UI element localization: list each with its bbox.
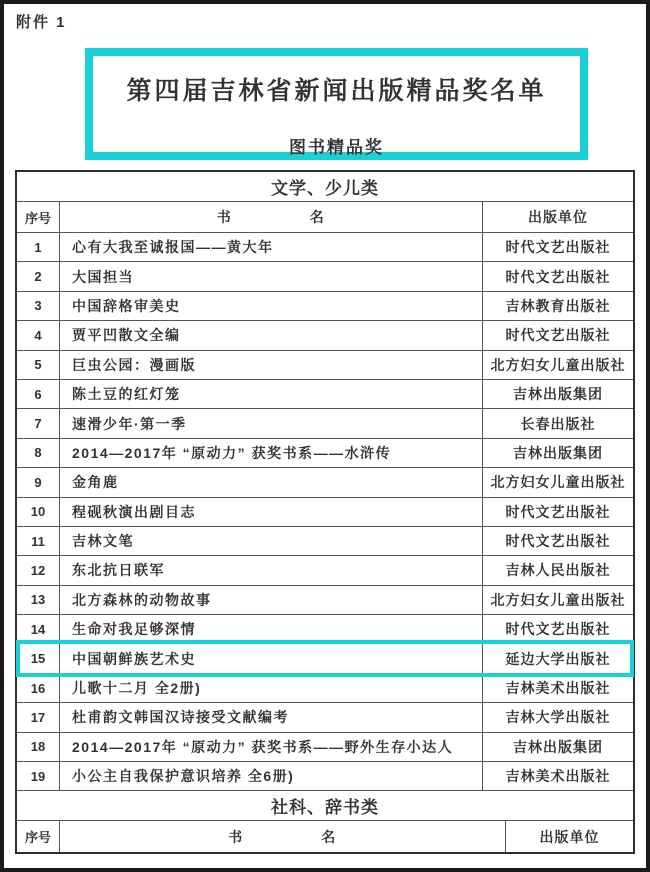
book-title-cell: 陈土豆的红灯笼: [60, 380, 483, 408]
row-number-cell: 14: [17, 615, 60, 643]
document-subtitle: 图书精品奖: [289, 133, 384, 158]
publisher-cell: 吉林出版集团: [483, 439, 633, 467]
publisher-cell: 吉林美术出版社: [483, 674, 633, 702]
book-title-cell: 2014—2017年 “原动力” 获奖书系——野外生存小达人: [60, 733, 483, 761]
publisher-cell: 吉林出版集团: [483, 733, 633, 761]
publisher-cell: 时代文艺出版社: [483, 321, 633, 349]
section-header-literature: 文学、少儿类: [17, 172, 633, 201]
row-number-cell: 1: [17, 233, 60, 261]
row-number-cell: 15: [17, 644, 60, 672]
publisher-cell: 吉林教育出版社: [483, 292, 633, 320]
row-number-cell: 12: [17, 556, 60, 584]
row-number-cell: 4: [17, 321, 60, 349]
table-row: 10 程砚秋演出剧目志 时代文艺出版社: [17, 497, 633, 526]
row-number-cell: 19: [17, 762, 60, 790]
column-header-number: 序号: [17, 202, 60, 232]
publisher-cell: 吉林出版集团: [483, 380, 633, 408]
row-number-cell: 3: [17, 292, 60, 320]
publisher-cell: 时代文艺出版社: [483, 498, 633, 526]
publisher-cell: 吉林大学出版社: [483, 703, 633, 731]
row-number-cell: 13: [17, 586, 60, 614]
table-row: 17 杜甫韵文韩国汉诗接受文献编考 吉林大学出版社: [17, 702, 633, 731]
table-row: 14 生命对我足够深情 时代文艺出版社: [17, 614, 633, 643]
book-title-cell: 儿歌十二月 全2册): [60, 674, 483, 702]
book-title-cell: 金角鹿: [60, 468, 483, 496]
book-title-cell: 大国担当: [60, 262, 483, 290]
book-title-cell: 生命对我足够深情: [60, 615, 483, 643]
column-header-book-name: 书 名: [60, 202, 483, 232]
table-row: 13 北方森林的动物故事 北方妇女儿童出版社: [17, 585, 633, 614]
table-row: 5 巨虫公园：漫画版 北方妇女儿童出版社: [17, 350, 633, 379]
row-number-cell: 10: [17, 498, 60, 526]
row-number-cell: 18: [17, 733, 60, 761]
book-title-cell: 心有大我至诚报国——黄大年: [60, 233, 483, 261]
book-title-cell: 贾平凹散文全编: [60, 321, 483, 349]
row-number-cell: 7: [17, 409, 60, 437]
attachment-label: 附件 1: [16, 11, 67, 32]
publisher-cell: 吉林人民出版社: [483, 556, 633, 584]
column-header-book-name: 书 名: [60, 821, 506, 852]
table-row: 9 金角鹿 北方妇女儿童出版社: [17, 467, 633, 496]
row-number-cell: 9: [17, 468, 60, 496]
column-header-row: 序号 书 名 出版单位: [17, 201, 633, 232]
publisher-cell: 时代文艺出版社: [483, 262, 633, 290]
table-row: 6 陈土豆的红灯笼 吉林出版集团: [17, 379, 633, 408]
table-row: 19 小公主自我保护意识培养 全6册) 吉林美术出版社: [17, 761, 633, 790]
column-header-publisher: 出版单位: [483, 202, 633, 232]
row-number-cell: 2: [17, 262, 60, 290]
table-row: 3 中国辞格审美史 吉林教育出版社: [17, 291, 633, 320]
awards-table: 文学、少儿类 序号 书 名 出版单位 1 心有大我至诚报国——黄大年 时代文艺出…: [15, 170, 635, 854]
table-row: 12 东北抗日联军 吉林人民出版社: [17, 555, 633, 584]
table-row: 8 2014—2017年 “原动力” 获奖书系——水浒传 吉林出版集团: [17, 438, 633, 467]
publisher-cell: 延边大学出版社: [483, 644, 633, 672]
publisher-cell: 时代文艺出版社: [483, 527, 633, 555]
row-number-cell: 16: [17, 674, 60, 702]
column-header-row-2: 序号 书 名 出版单位: [17, 820, 633, 852]
section-header-social-science: 社科、辞书类: [17, 790, 633, 820]
document-page: 附件 1 第四届吉林省新闻出版精品奖名单 图书精品奖 文学、少儿类 序号 书 名…: [0, 0, 650, 872]
book-title-cell: 杜甫韵文韩国汉诗接受文献编考: [60, 703, 483, 731]
row-number-cell: 5: [17, 351, 60, 379]
book-title-cell: 2014—2017年 “原动力” 获奖书系——水浒传: [60, 439, 483, 467]
title-highlight-box: 第四届吉林省新闻出版精品奖名单 图书精品奖: [85, 48, 588, 160]
document-title: 第四届吉林省新闻出版精品奖名单: [126, 71, 546, 107]
table-row: 11 吉林文笔 时代文艺出版社: [17, 526, 633, 555]
book-title-cell: 速滑少年·第一季: [60, 409, 483, 437]
book-title-cell: 巨虫公园：漫画版: [60, 351, 483, 379]
row-number-cell: 11: [17, 527, 60, 555]
book-title-cell: 吉林文笔: [60, 527, 483, 555]
publisher-cell: 时代文艺出版社: [483, 615, 633, 643]
publisher-cell: 长春出版社: [483, 409, 633, 437]
publisher-cell: 北方妇女儿童出版社: [483, 468, 633, 496]
book-title-cell: 小公主自我保护意识培养 全6册): [60, 762, 483, 790]
table-row: 16 儿歌十二月 全2册) 吉林美术出版社: [17, 673, 633, 702]
book-title-cell: 北方森林的动物故事: [60, 586, 483, 614]
book-title-cell: 程砚秋演出剧目志: [60, 498, 483, 526]
book-title-cell: 东北抗日联军: [60, 556, 483, 584]
table-row-highlighted: 15 中国朝鲜族艺术史 延边大学出版社: [17, 643, 633, 672]
book-title-cell: 中国辞格审美史: [60, 292, 483, 320]
publisher-cell: 时代文艺出版社: [483, 233, 633, 261]
row-number-cell: 17: [17, 703, 60, 731]
row-number-cell: 8: [17, 439, 60, 467]
column-header-number: 序号: [17, 821, 60, 852]
book-title-cell: 中国朝鲜族艺术史: [60, 644, 483, 672]
table-row: 2 大国担当 时代文艺出版社: [17, 261, 633, 290]
table-row: 1 心有大我至诚报国——黄大年 时代文艺出版社: [17, 232, 633, 261]
table-row: 4 贾平凹散文全编 时代文艺出版社: [17, 320, 633, 349]
publisher-cell: 吉林美术出版社: [483, 762, 633, 790]
table-row: 18 2014—2017年 “原动力” 获奖书系——野外生存小达人 吉林出版集团: [17, 732, 633, 761]
publisher-cell: 北方妇女儿童出版社: [483, 351, 633, 379]
publisher-cell: 北方妇女儿童出版社: [483, 586, 633, 614]
row-number-cell: 6: [17, 380, 60, 408]
column-header-publisher: 出版单位: [506, 821, 633, 852]
table-row: 7 速滑少年·第一季 长春出版社: [17, 408, 633, 437]
